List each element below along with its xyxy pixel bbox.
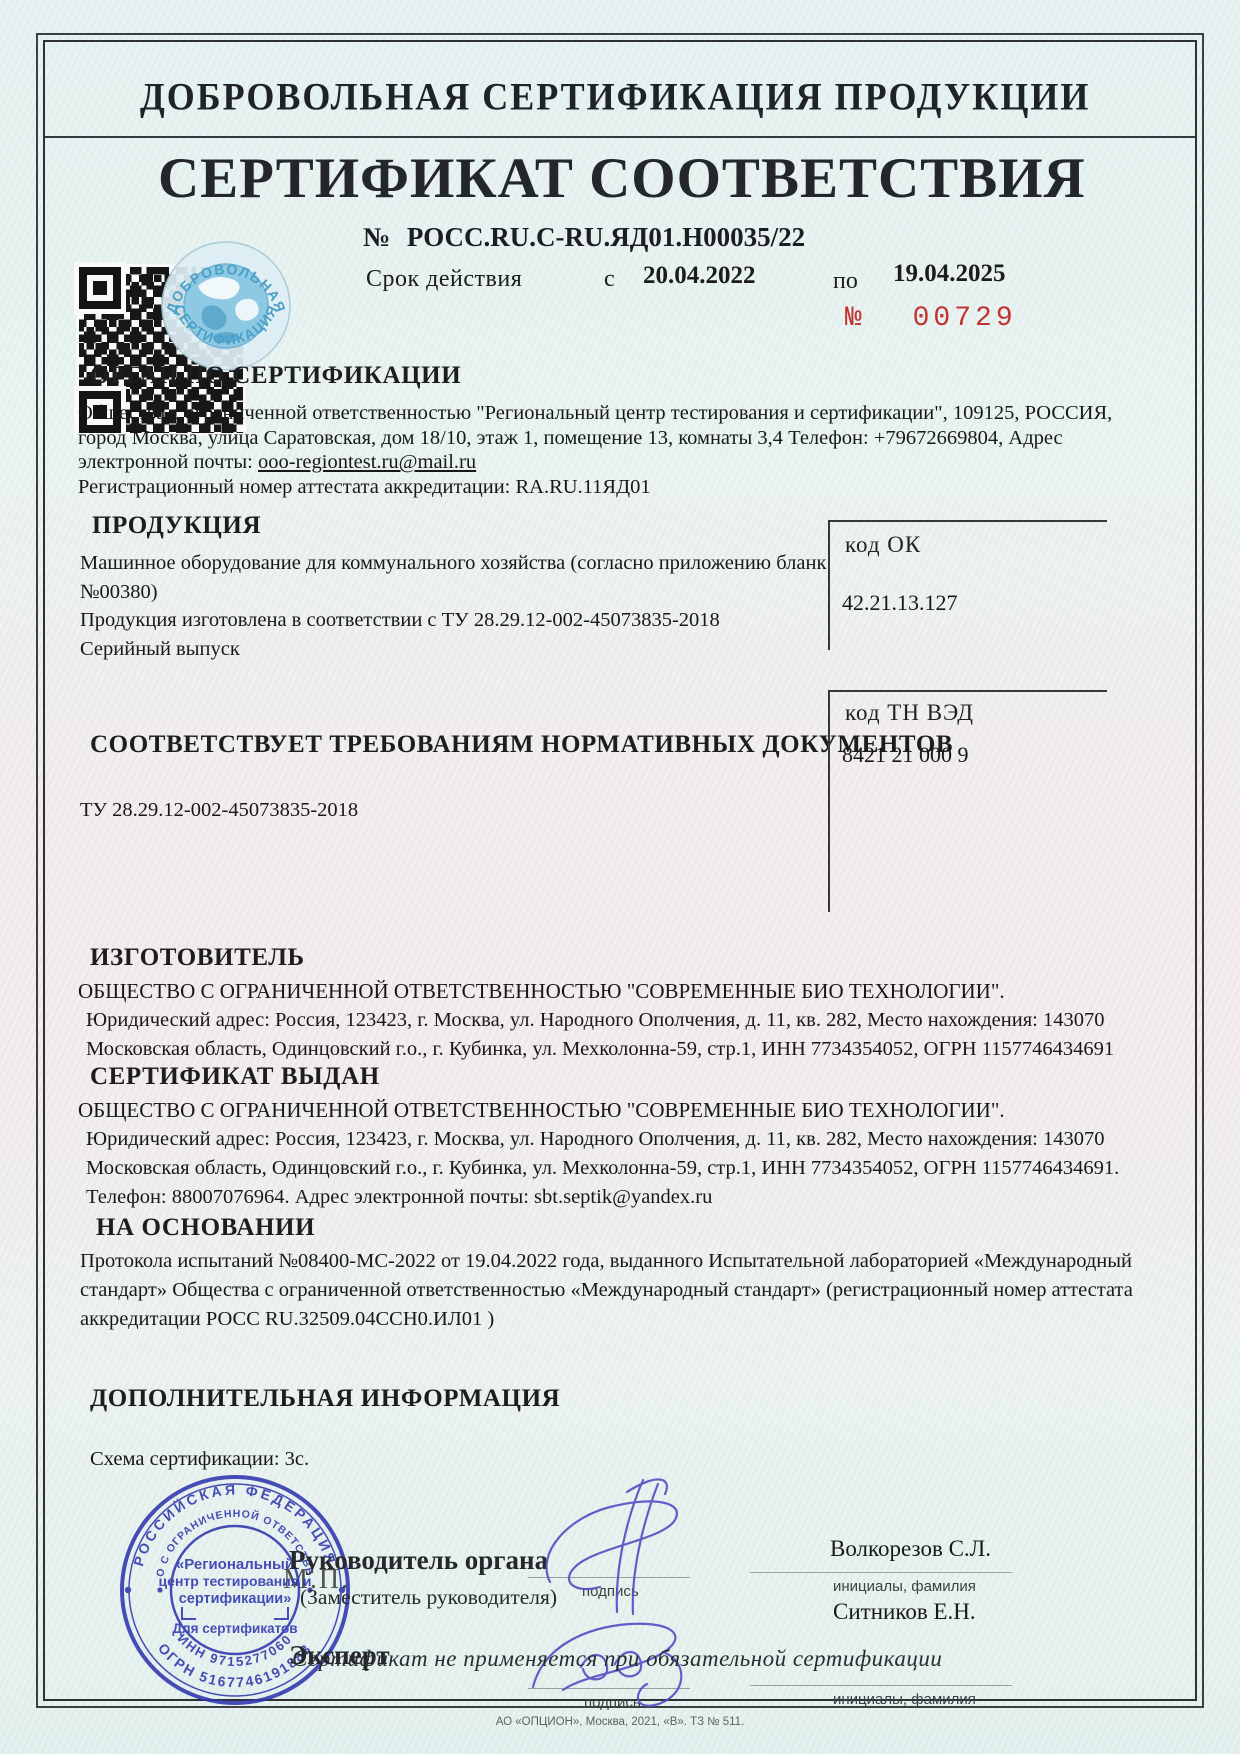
name-caption-head: инициалы, фамилия (833, 1578, 976, 1595)
section-title-basis: НА ОСНОВАНИИ (96, 1214, 315, 1242)
number-sign: № (363, 222, 390, 252)
head-of-body-label: Руководитель органа (289, 1545, 548, 1576)
certification-body-email: ooo-regiontest.ru@mail.ru (258, 451, 476, 473)
production-line: Серийный выпуск (80, 635, 826, 664)
document-subtitle: ДОБРОВОЛЬНАЯ СЕРТИФИКАЦИЯ ПРОДУКЦИИ (140, 74, 1090, 119)
page-title: СЕРТИФИКАТ СООТВЕТСТВИЯ (158, 146, 1086, 211)
header-divider (44, 136, 1196, 138)
issued-to-contact: Телефон: 88007076964. Адрес электронной … (78, 1183, 1119, 1212)
head-name: Волкорезов С.Л. (830, 1536, 991, 1562)
basis-line: Протокола испытаний №08400-МС-2022 от 19… (80, 1247, 1133, 1276)
manufacturer-address: Московская область, Одинцовский г.о., г.… (78, 1035, 1114, 1064)
validity-to-label: по (833, 268, 858, 295)
certification-body-text: Общества с ограниченной ответственностью… (78, 401, 1112, 499)
validity-label: Срок действия (366, 266, 522, 293)
tnved-code-box: код ТН ВЭД 8421 21 000 9 (828, 690, 1107, 912)
validity-from-label: с (604, 266, 615, 293)
handwritten-signatures (515, 1462, 725, 1712)
section-title-compliance: СООТВЕТСТВУЕТ ТРЕБОВАНИЯМ НОРМАТИВНЫХ ДО… (90, 731, 953, 759)
compliance-document: ТУ 28.29.12-002-45073835-2018 (80, 799, 358, 822)
disclaimer: Сертификат не применяется при обязательн… (292, 1646, 942, 1672)
certificate-number-value: РОСС.RU.C-RU.ЯД01.Н00035/22 (407, 222, 805, 252)
production-line: Продукция изготовлена в соответствии с Т… (80, 606, 826, 635)
production-line: №00380) (80, 578, 826, 607)
certificate-page: ДОБРОВОЛЬНАЯ СЕРТИФИКАЦИЯ ПРОДУКЦИИ СЕРТ… (0, 0, 1240, 1754)
signature-head-scribble (546, 1479, 676, 1614)
production-text: Машинное оборудование для коммунального … (80, 549, 826, 663)
validity-from-date: 20.04.2022 (643, 262, 756, 290)
issued-to-address: Московская область, Одинцовский г.о., г.… (78, 1154, 1119, 1183)
basis-line: стандарт» Общества с ограниченной ответс… (80, 1276, 1133, 1305)
issued-to-address: Юридический адрес: Россия, 123423, г. Мо… (78, 1125, 1119, 1154)
basis-line: аккредитации РОСС RU.32509.04ССН0.ИЛ01 ) (80, 1305, 1133, 1334)
blank-number-sign: № (845, 303, 866, 334)
section-title-certification-body: ОРГАН ПО СЕРТИФИКАЦИИ (90, 362, 461, 390)
validity-to-date: 19.04.2025 (893, 260, 1006, 288)
section-title-issued-to: СЕРТИФИКАТ ВЫДАН (90, 1063, 380, 1091)
ok-code-value: 42.21.13.127 (842, 590, 1107, 616)
certification-body-line: Общества с ограниченной ответственностью… (78, 401, 1112, 426)
section-title-manufacturer: ИЗГОТОВИТЕЛЬ (90, 944, 305, 972)
qr-finder-top-left (79, 267, 121, 309)
manufacturer-address: Юридический адрес: Россия, 123423, г. Мо… (78, 1006, 1114, 1035)
certification-body-line: электронной почты: ooo-regiontest.ru@mai… (78, 450, 1112, 475)
ok-code-box: код ОК 42.21.13.127 (828, 520, 1107, 650)
voluntary-certification-logo: ДОБРОВОЛЬНАЯ СЕРТИФИКАЦИЯ (158, 238, 294, 374)
certificate-number: № РОСС.RU.C-RU.ЯД01.Н00035/22 (363, 222, 805, 253)
blank-number-value: 00729 (913, 303, 1017, 334)
section-title-production: ПРОДУКЦИЯ (92, 512, 261, 540)
section-title-additional-info: ДОПОЛНИТЕЛЬНАЯ ИНФОРМАЦИЯ (90, 1385, 560, 1413)
tnved-code-value: 8421 21 000 9 (842, 742, 1107, 768)
email-prefix: электронной почты: (78, 451, 258, 473)
expert-name: Ситников Е.Н. (833, 1599, 976, 1625)
basis-text: Протокола испытаний №08400-МС-2022 от 19… (80, 1247, 1133, 1334)
certification-body-line: город Москва, улица Саратовская, дом 18/… (78, 426, 1112, 451)
accreditation-number-line: Регистрационный номер аттестата аккредит… (78, 475, 1112, 500)
production-line: Машинное оборудование для коммунального … (80, 549, 826, 578)
ok-code-label: код ОК (845, 532, 1107, 558)
stamp-center-line3: сертификации» (179, 1591, 292, 1607)
manufacturer-name: ОБЩЕСТВО С ОГРАНИЧЕННОЙ ОТВЕТСТВЕННОСТЬЮ… (78, 977, 1114, 1006)
blank-number: № 00729 (845, 303, 1017, 334)
name-caption-expert: инициалы, фамилия (833, 1691, 976, 1708)
issued-to-text: ОБЩЕСТВО С ОГРАНИЧЕННОЙ ОТВЕТСТВЕННОСТЬЮ… (78, 1096, 1119, 1212)
manufacturer-text: ОБЩЕСТВО С ОГРАНИЧЕННОЙ ОТВЕТСТВЕННОСТЬЮ… (78, 977, 1114, 1064)
stamp-center-line1: «Региональный (176, 1556, 294, 1573)
name-line-expert (750, 1685, 1012, 1686)
issued-to-name: ОБЩЕСТВО С ОГРАНИЧЕННОЙ ОТВЕТСТВЕННОСТЬЮ… (78, 1096, 1119, 1125)
print-info: АО «ОПЦИОН», Москва, 2021, «В». ТЗ № 511… (0, 1716, 1240, 1728)
stamp-center-line4: Для сертификатов (172, 1621, 297, 1636)
name-line-head (750, 1572, 1012, 1573)
tnved-code-label: код ТН ВЭД (845, 700, 1107, 726)
